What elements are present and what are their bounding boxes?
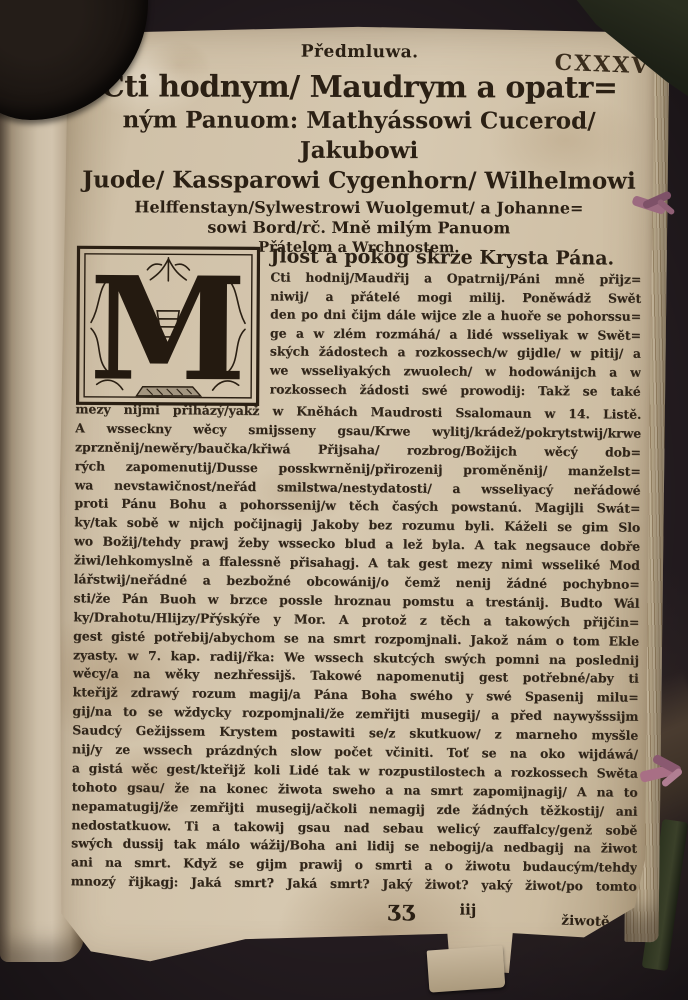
- woodcut-initial-icon: M: [75, 244, 262, 407]
- heading-line-5: sowi Bord/rč. Mně milým Panuom: [76, 217, 642, 238]
- signature-row: ʒʒ iij žiwotě: [71, 894, 637, 927]
- intro-line: rozkossech žádosti swé prowodij: Takž se…: [270, 380, 641, 401]
- binding-tie-bottom: [640, 752, 688, 796]
- heading-line-4: Helffenstayn/Sylwestrowi Wuolgemut/ a Jo…: [76, 197, 642, 218]
- intro-line: niwij/ a přátelé mogi milij. Poněwádž Sw…: [270, 287, 641, 308]
- heading-line-3: Juode/ Kassparowi Cygenhorn/ Wilhelmowi: [76, 165, 642, 196]
- dedication-heading: Cti hodnym/ Maudrym a opatr= ným Panuom:…: [76, 69, 642, 257]
- book-page: Předmluwa. CXXXV Cti hodnym/ Maudrym a o…: [55, 22, 655, 974]
- body-text: mezy nijmi přiházý/yakž w Kněhách Maudro…: [71, 400, 642, 897]
- signature-number: iij: [459, 901, 476, 919]
- intro-row: M Jlost a pokog skrze Krysta Pána. Cti h…: [75, 244, 642, 409]
- paper-tab: [427, 945, 506, 992]
- intro-line: we wsseliyakých zwuolech/ w hodowánijch …: [270, 361, 641, 382]
- drop-cap-woodcut: M: [75, 244, 262, 407]
- intro-line: ge a w zlém rozmáhá/ a lidé wsseliyak w …: [270, 324, 641, 345]
- intro-lines: Cti hodnij/Maudřij a Opatrnij/Páni mně p…: [270, 268, 642, 400]
- salutation-line: Jlost a pokog skrze Krysta Pána.: [270, 245, 641, 270]
- intro-column: Jlost a pokog skrze Krysta Pána. Cti hod…: [270, 245, 642, 409]
- heading-line-2: ným Panuom: Mathyássowi Cucerod/ Jakubow…: [76, 105, 642, 166]
- intro-line: den po dni čijm dále wijce zle a huoře s…: [270, 306, 641, 327]
- heading-line-1: Cti hodnym/ Maudrym a opatr=: [76, 69, 642, 106]
- signature-mark: ʒʒ: [387, 896, 416, 922]
- body-line: mnozý řijkagj: Jaká smrt? Jaká smrt? Jak…: [71, 873, 637, 897]
- intro-line: Cti hodnij/Maudřij a Opatrnij/Páni mně p…: [270, 268, 641, 289]
- intro-line: ských žádostech a rozkossech/w gijdle/ w…: [270, 343, 641, 364]
- binding-tie-top: [630, 190, 678, 226]
- drop-cap-letter: M: [89, 246, 247, 407]
